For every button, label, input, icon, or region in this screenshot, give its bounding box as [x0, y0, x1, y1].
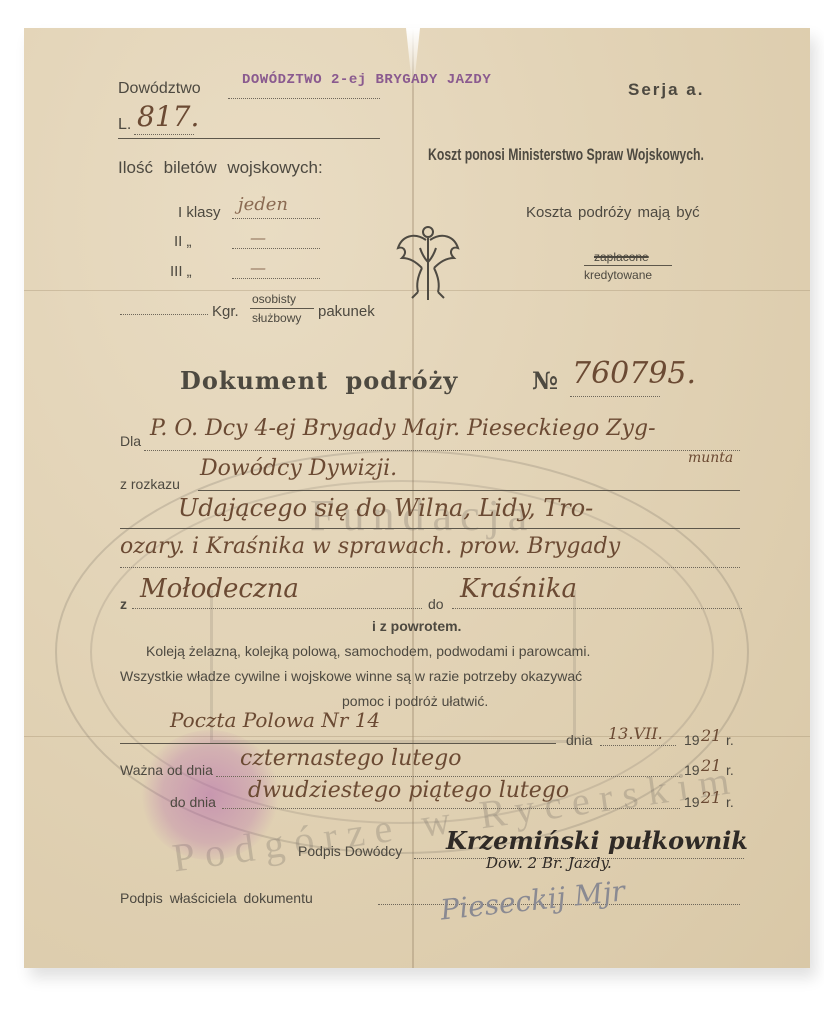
number-sign: №	[532, 366, 558, 395]
ticket-class-value: jeden	[238, 194, 288, 215]
ticket-class-value: —	[250, 258, 266, 277]
owner-signature-label: Podpis właściciela dokumentu	[120, 890, 313, 906]
year-prefix: 19	[684, 732, 700, 748]
transport-text: Koleją żelazną, kolejką polową, samochod…	[146, 643, 590, 659]
year-suffix: r.	[726, 732, 734, 748]
date-value: 13.VII.	[608, 724, 663, 743]
unit-stamp: DOWÓDZTWO 2-ej BRYGADY JAZDY	[242, 72, 491, 88]
travel-costs-value: kredytowane	[584, 268, 652, 282]
valid-to-value: dwudziestego piątego lutego	[248, 778, 569, 803]
to-label: do	[428, 596, 444, 612]
polish-eagle-icon	[392, 218, 462, 304]
from-value: Mołodeczna	[140, 574, 299, 604]
for-value-cont: munta	[688, 450, 733, 466]
cost-bearer: Koszt ponosi Ministerstwo Spraw Wojskowy…	[428, 145, 704, 165]
travel-costs-label: Koszta podróży mają być	[526, 204, 700, 221]
unit-label: Dowództwo	[118, 80, 201, 98]
authorities-text: Wszystkie władze cywilne i wojskowe winn…	[120, 668, 582, 684]
place-value: Poczta Polowa Nr 14	[170, 708, 380, 732]
year-value: 21	[701, 726, 721, 745]
commander-signature-label: Podpis Dowódcy	[298, 843, 402, 859]
luggage-personal: osobisty	[252, 292, 296, 306]
series-label: Serja a.	[628, 80, 705, 100]
valid-to-label: do dnia	[170, 794, 216, 810]
ticket-class-label: I klasy	[178, 204, 221, 221]
purpose-line-1: Udającego się do Wilna, Lidy, Tro-	[178, 494, 593, 522]
travel-costs-struck: zapłacone	[594, 250, 649, 264]
year-suffix: r.	[726, 794, 734, 810]
luggage-suffix: pakunek	[318, 303, 375, 320]
for-label: Dla	[120, 433, 141, 449]
purpose-line-2: ozary. i Kraśnika w sprawach. prow. Bryg…	[120, 534, 620, 559]
valid-from-label: Ważna od dnia	[120, 762, 213, 778]
year-prefix: 19	[684, 794, 700, 810]
ticket-class-value: —	[250, 228, 266, 247]
number-label: L.	[118, 116, 131, 134]
order-value: Dowódcy Dywizji.	[200, 456, 397, 481]
ticket-class-label: II „	[174, 233, 192, 250]
order-label: z rozkazu	[120, 476, 180, 492]
number-value: 817.	[137, 100, 199, 133]
year-value: 21	[701, 756, 721, 775]
document-title: Dokument podróży	[180, 366, 458, 395]
return-label: i z powrotem.	[372, 618, 461, 634]
luggage-service: służbowy	[252, 311, 301, 325]
year-value: 21	[701, 788, 721, 807]
ticket-class-label: III „	[170, 263, 192, 280]
year-prefix: 19	[684, 762, 700, 778]
document-number: 760795.	[572, 356, 696, 391]
from-label: z	[120, 596, 127, 612]
year-suffix: r.	[726, 762, 734, 778]
commander-signature: Krzemiński pułkownik	[446, 826, 748, 855]
commander-signature-sub: Dow. 2 Br. Jazdy.	[486, 854, 612, 872]
for-value: P. O. Dcy 4-ej Brygady Majr. Pieseckiego…	[150, 416, 656, 441]
date-label: dnia	[566, 732, 592, 748]
valid-from-value: czternastego lutego	[240, 746, 461, 771]
authorities-text-cont: pomoc i podróż ułatwić.	[342, 693, 488, 709]
luggage-unit: Kgr.	[212, 303, 239, 320]
to-value: Kraśnika	[460, 574, 577, 604]
tickets-label: Ilość biletów wojskowych:	[118, 158, 323, 178]
